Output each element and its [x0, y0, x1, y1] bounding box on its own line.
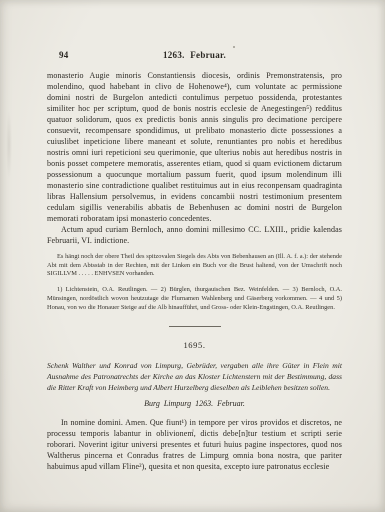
charter-body-text: monasterio Augie minoris Constantiensis … [47, 70, 342, 224]
actum-datum-line: Actum apud curiam Bernloch, anno domini … [47, 224, 342, 246]
entry-divider-rule [169, 326, 221, 327]
running-title: 1263. Februar. [47, 50, 342, 60]
place-date-line: Burg Limpurg 1263. Februar. [47, 399, 342, 408]
running-head: 94 1263. Februar. [47, 50, 342, 62]
entry-number: 1695. [47, 340, 342, 350]
text-block: 94 1263. Februar. monasterio Augie minor… [47, 50, 342, 472]
scan-smudge [6, 110, 12, 180]
entry-continuation: monasterio Augie minoris Constantiensis … [47, 70, 342, 312]
regest-summary: Schenk Walther und Konrad von Limpurg, G… [47, 360, 342, 393]
entry-1695: 1695. Schenk Walther und Konrad von Limp… [47, 340, 342, 472]
charter-body-text-1695: In nomine domini. Amen. Que fiunt¹) in t… [47, 417, 342, 472]
scan-speck [233, 46, 235, 48]
footnotes-block: 1) Lichtenstein, O.A. Reutlingen. — 2) B… [47, 286, 342, 312]
seal-description-note: Es hängt noch der obere Theil des spitzo… [47, 253, 342, 279]
book-page-scan: 94 1263. Februar. monasterio Augie minor… [0, 0, 385, 512]
